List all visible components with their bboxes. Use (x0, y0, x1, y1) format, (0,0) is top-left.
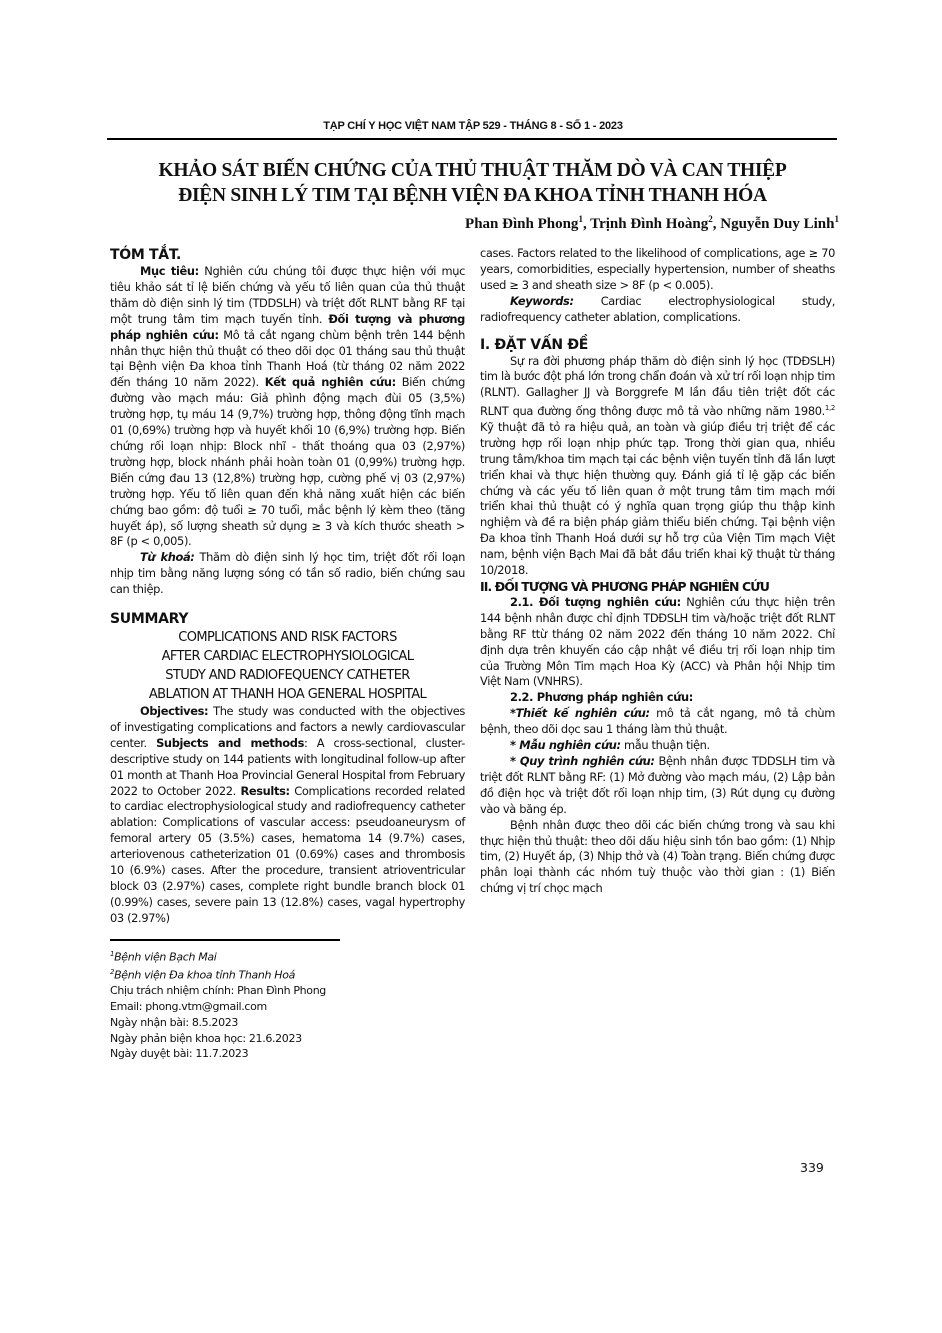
keywords-en: Keywords: Cardiac electrophysiological s… (480, 294, 835, 326)
running-head: TẠP CHÍ Y HỌC VIỆT NAM TẬP 529 - THÁNG 8… (108, 120, 838, 132)
journal-page: TẠP CHÍ Y HỌC VIỆT NAM TẬP 529 - THÁNG 8… (0, 0, 942, 1333)
author-list: Phan Đình Phong1, Trịnh Đình Hoàng2, Ngu… (465, 214, 839, 233)
abstract-vi-heading: TÓM TẮT. (110, 246, 465, 264)
title-line-1: KHẢO SÁT BIẾN CHỨNG CỦA THỦ THUẬT THĂM D… (100, 158, 845, 183)
study-sample: * Mẫu nghiên cứu: mẫu thuận tiện. (480, 738, 835, 754)
right-column: cases. Factors related to the likelihood… (480, 246, 835, 897)
summary-heading: SUMMARY (110, 610, 465, 628)
keywords-en-label: Keywords: (510, 294, 574, 308)
footnotes: 1Bệnh viện Bạch Mai 2Bệnh viện Đa khoa t… (110, 947, 465, 1062)
section-1-text: Sự ra đời phương pháp thăm dò điện sinh … (480, 354, 835, 419)
results-en-text-part: Complications recorded related to cardia… (110, 784, 465, 925)
corresponding-author: Chịu trách nhiệm chính: Phan Đình Phong (110, 983, 465, 999)
abstract-en-continued: cases. Factors related to the likelihood… (480, 246, 835, 294)
abstract-en-body: Objectives: The study was conducted with… (110, 704, 465, 927)
reviewed-date: Ngày phản biện khoa học: 21.6.2023 (110, 1031, 465, 1047)
page-number: 339 (800, 1160, 824, 1175)
subjects-methods-label: Subjects and methods (156, 736, 304, 750)
keywords-vi: Từ khoá: Thăm dò điện sinh lý học tim, t… (110, 550, 465, 598)
section-1-text: Kỹ thuật đã tỏ ra hiệu quả, an toàn và g… (480, 420, 835, 577)
study-sample-label: * Mẫu nghiên cứu: (510, 738, 621, 752)
results-text: Biến chứng đường vào mạch máu: Giả phình… (110, 375, 465, 548)
affiliation-1: 1Bệnh viện Bạch Mai (110, 947, 465, 965)
subsection-2-2-label: 2.2. Phương pháp nghiên cứu: (510, 690, 693, 704)
summary-title-line: ABLATION AT THANH HOA GENERAL HOSPITAL (110, 685, 465, 704)
author-name: Trịnh Đình Hoàng (590, 216, 708, 232)
keywords-vi-label: Từ khoá: (140, 550, 195, 564)
results-en-label: Results: (240, 784, 289, 798)
article-title: KHẢO SÁT BIẾN CHỨNG CỦA THỦ THUẬT THĂM D… (100, 158, 845, 208)
study-process-label: * Quy trình nghiên cứu: (510, 754, 655, 768)
subsection-2-1-label: 2.1. Đối tượng nghiên cứu: (510, 595, 681, 609)
author-name: Phan Đình Phong (465, 216, 578, 232)
study-design-label: *Thiết kế nghiên cứu: (510, 706, 650, 720)
section-1-heading: I. ĐẶT VẤN ĐỀ (480, 336, 835, 354)
subsection-2-1: 2.1. Đối tượng nghiên cứu: Nghiên cứu th… (480, 595, 835, 690)
results-label: Kết quả nghiên cứu: (265, 375, 396, 389)
affiliation-text: Bệnh viện Bạch Mai (114, 950, 216, 963)
accepted-date: Ngày duyệt bài: 11.7.2023 (110, 1046, 465, 1062)
summary-title-line: STUDY AND RADIOFEQUENCY CATHETER (110, 666, 465, 685)
author-affiliation: 1 (835, 214, 840, 224)
left-column: TÓM TẮT. Mục tiêu: Nghiên cứu chúng tôi … (110, 246, 465, 1062)
summary-title-line: AFTER CARDIAC ELECTROPHYSIOLOGICAL (110, 647, 465, 666)
received-date: Ngày nhận bài: 8.5.2023 (110, 1015, 465, 1031)
section-1-body: Sự ra đời phương pháp thăm dò điện sinh … (480, 354, 835, 579)
abstract-vi-body: Mục tiêu: Nghiên cứu chúng tôi được thực… (110, 264, 465, 550)
title-line-2: ĐIỆN SINH LÝ TIM TẠI BỆNH VIỆN ĐA KHOA T… (100, 183, 845, 208)
summary-title-line: COMPLICATIONS AND RISK FACTORS (110, 628, 465, 647)
email: Email: phong.vtm@gmail.com (110, 999, 465, 1015)
study-design: *Thiết kế nghiên cứu: mô tả cắt ngang, m… (480, 706, 835, 738)
followup-paragraph: Bệnh nhân được theo dõi các biến chứng t… (480, 818, 835, 898)
section-2-heading: II. ĐỐI TƯỢNG VÀ PHƯƠNG PHÁP NGHIÊN CỨU (480, 579, 835, 595)
objective-label: Mục tiêu: (140, 264, 199, 278)
affiliation-text: Bệnh viện Đa khoa tỉnh Thanh Hoá (114, 969, 295, 982)
objectives-label: Objectives: (140, 704, 208, 718)
study-sample-text: mẫu thuận tiện. (621, 738, 710, 752)
author-name: Nguyễn Duy Linh (720, 216, 834, 232)
citation-ref: 1,2 (825, 404, 835, 412)
footnote-rule (110, 939, 340, 941)
affiliation-2: 2Bệnh viện Đa khoa tỉnh Thanh Hoá (110, 965, 465, 983)
subsection-2-2-heading: 2.2. Phương pháp nghiên cứu: (480, 690, 835, 706)
header-rule (107, 138, 837, 140)
study-process: * Quy trình nghiên cứu: Bệnh nhân được T… (480, 754, 835, 818)
